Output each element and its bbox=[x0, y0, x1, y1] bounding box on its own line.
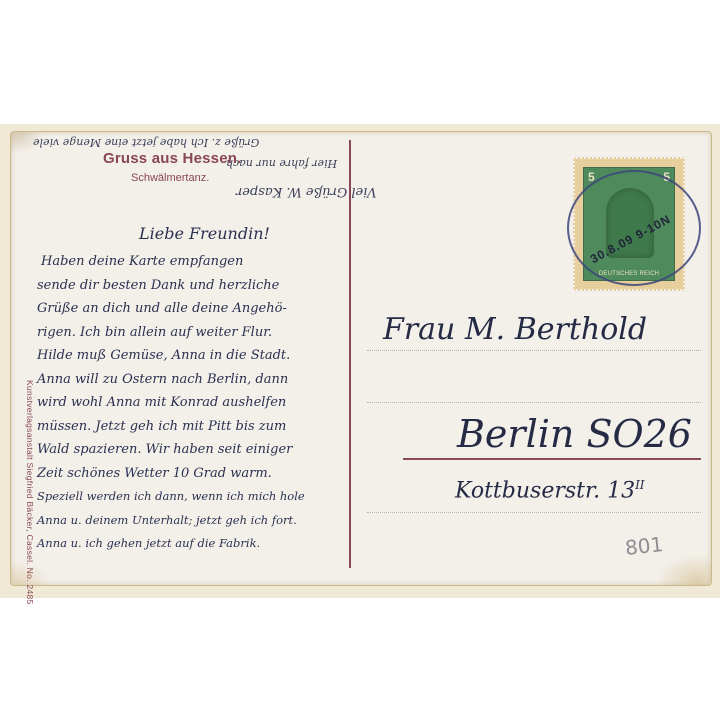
recipient-city: Berlin SO26 bbox=[457, 412, 692, 456]
recipient-name: Frau M. Berthold bbox=[383, 312, 647, 347]
postcard: Grüße z. Ich habe jetzt eine Menge viele… bbox=[10, 131, 712, 586]
message-line: rigen. Ich bin allein auf weiter Flur. bbox=[37, 325, 272, 340]
upside-down-note: Grüße z. Ich habe jetzt eine Menge viele bbox=[33, 136, 259, 149]
message-line: Anna u. ich gehen jetzt auf die Fabrik. bbox=[37, 536, 260, 550]
address-rule bbox=[367, 512, 701, 513]
message-line: Anna will zu Ostern nach Berlin, dann bbox=[37, 372, 288, 387]
address-rule-red bbox=[403, 458, 701, 460]
center-divider bbox=[349, 140, 351, 568]
message-line: Zeit schönes Wetter 10 Grad warm. bbox=[37, 466, 272, 481]
recipient-street: Kottbuserstr. 13II bbox=[455, 478, 645, 503]
message-line: sende dir besten Dank und herzliche bbox=[37, 278, 279, 293]
message-line: Hilde muß Gemüse, Anna in die Stadt. bbox=[37, 348, 290, 363]
message-line: müssen. Jetzt geh ich mit Pitt bis zum bbox=[37, 419, 286, 434]
street-text: Kottbuserstr. 13 bbox=[455, 478, 635, 503]
floor-number: II bbox=[635, 478, 644, 492]
upside-down-note: Viel Grüße W. Kasper bbox=[236, 184, 377, 199]
address-rule bbox=[367, 402, 701, 403]
message-line: Wald spazieren. Wir haben seit einiger bbox=[37, 442, 292, 457]
message-line: Grüße an dich und alle deine Angehö- bbox=[37, 301, 287, 316]
message-line: wird wohl Anna mit Konrad aushelfen bbox=[37, 395, 286, 410]
card-subtitle: Schwälmertanz. bbox=[131, 172, 209, 184]
address-rule bbox=[367, 350, 701, 351]
pencil-note: 801 bbox=[624, 532, 664, 560]
message-line: Anna u. deinem Unterhalt; jetzt geh ich … bbox=[37, 513, 297, 527]
card-title: Gruss aus Hessen. bbox=[103, 150, 241, 167]
message-line: Speziell werden ich dann, wenn ich mich … bbox=[37, 489, 305, 503]
message-line: Haben deine Karte empfangen bbox=[41, 254, 243, 269]
publisher-imprint: Kunstverlagsanstalt Siegfried Bäcker, Ca… bbox=[25, 380, 35, 605]
upside-down-note: Hier fahre nur nach bbox=[226, 157, 337, 170]
message-greeting: Liebe Freundin! bbox=[139, 224, 270, 243]
